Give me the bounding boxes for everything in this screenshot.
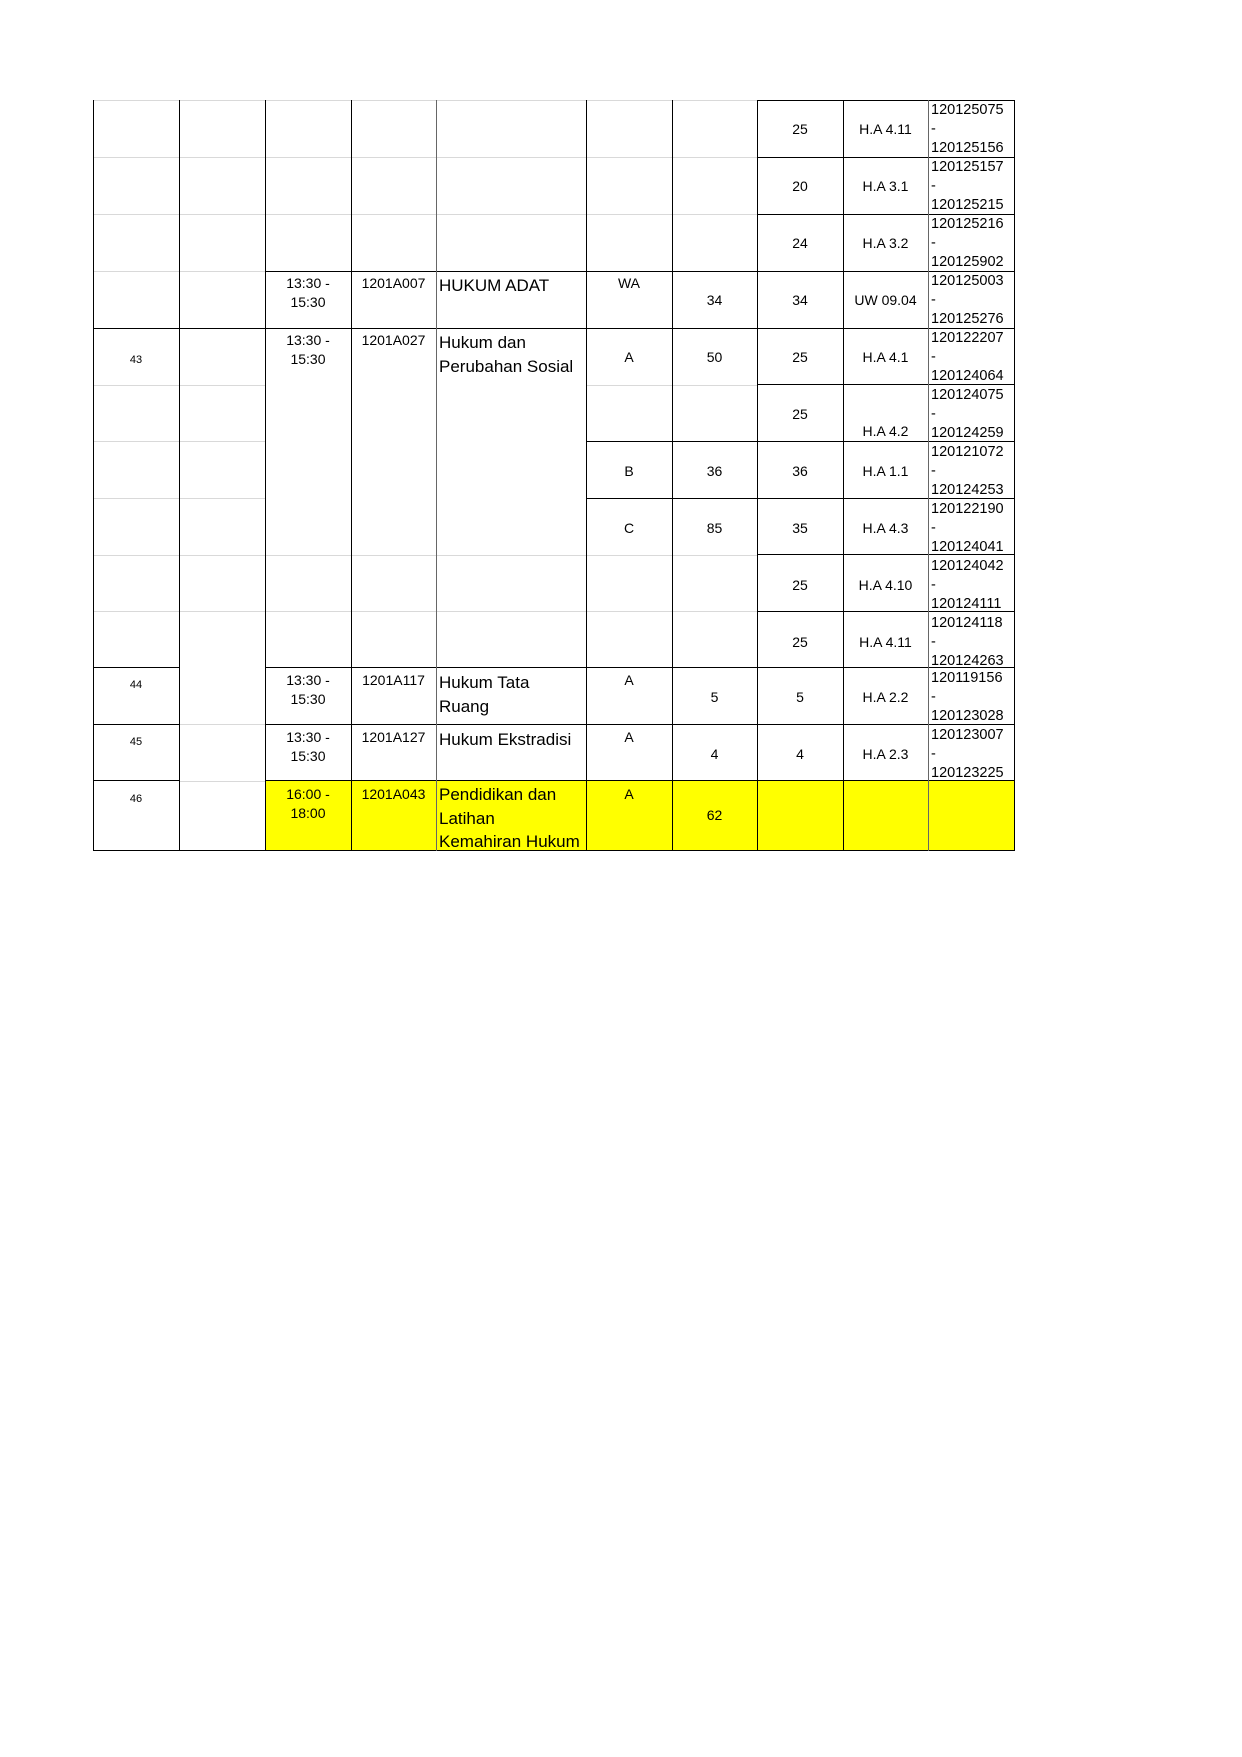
course-name-line: Latihan (439, 807, 586, 831)
room-cell: H.A 4.1 (843, 329, 928, 385)
time-cell: 13:30 - 15:30 (265, 669, 351, 725)
room-capacity-cell: 36 (757, 443, 843, 499)
time-cell: 13:30 - 15:30 (265, 329, 351, 385)
class-cell: A (586, 726, 672, 782)
room-capacity-cell: 25 (757, 386, 843, 442)
border (1014, 100, 1015, 851)
class-cell: A (586, 669, 672, 725)
border (928, 100, 929, 851)
room-cell: H.A 4.2 (843, 386, 928, 442)
nim-separator: - (931, 348, 1014, 367)
time-end: 15:30 (265, 690, 351, 709)
nim-range-cell: 120122190 - 120124041 (928, 500, 1014, 557)
room-capacity-cell: 25 (757, 614, 843, 670)
nim-start: 120123007 (931, 726, 1014, 745)
nim-start: 120125157 (931, 158, 1014, 177)
nim-separator: - (931, 291, 1014, 310)
nim-range-cell: 120125075 - 120125156 (928, 101, 1014, 158)
nim-separator: - (931, 688, 1014, 707)
nim-range-cell: 120125216 - 120125902 (928, 215, 1014, 272)
border (93, 724, 179, 725)
border (265, 100, 266, 851)
nim-separator: - (931, 177, 1014, 196)
nim-separator: - (931, 633, 1014, 652)
nim-range-cell: 120124042 - 120124111 (928, 557, 1014, 614)
border (586, 100, 587, 851)
time-start: 13:30 - (265, 274, 351, 293)
nim-range-cell: 120124118 - 120124263 (928, 614, 1014, 671)
course-name-cell: HUKUM ADAT (436, 272, 586, 328)
gridline (93, 157, 757, 158)
room-capacity-cell: 20 (757, 158, 843, 214)
time-start: 13:30 - (265, 728, 351, 747)
time-cell: 13:30 - 15:30 (265, 272, 351, 328)
nim-separator: - (931, 576, 1014, 595)
time-end: 15:30 (265, 293, 351, 312)
course-name-cell: Pendidikan dan Latihan Kemahiran Hukum (436, 781, 586, 850)
participants-cell: 50 (672, 329, 757, 385)
course-name-cell: Hukum dan Perubahan Sosial (436, 329, 586, 389)
course-name-line: Pendidikan dan (439, 783, 586, 807)
room-capacity-cell: 35 (757, 500, 843, 556)
room-cell: H.A 2.2 (843, 669, 928, 725)
row-number-cell: 45 (93, 725, 179, 781)
room-capacity-cell: 24 (757, 215, 843, 271)
course-name-line: Hukum dan (439, 331, 586, 355)
border (265, 271, 1014, 272)
nim-separator: - (931, 234, 1014, 253)
row-number-cell: 43 (93, 329, 179, 385)
border (757, 100, 1014, 101)
room-cell: H.A 4.3 (843, 500, 928, 556)
course-name-line: Perubahan Sosial (439, 355, 586, 379)
border (757, 100, 758, 851)
course-name-line: Kemahiran Hukum (439, 830, 586, 850)
nim-separator: - (931, 745, 1014, 764)
time-start: 13:30 - (265, 671, 351, 690)
room-cell: UW 09.04 (843, 272, 928, 328)
room-capacity-cell: 25 (757, 101, 843, 157)
room-capacity-cell: 4 (757, 726, 843, 782)
border (93, 100, 94, 851)
nim-range-cell: 120122207 - 120124064 (928, 329, 1014, 386)
room-cell: H.A 3.1 (843, 158, 928, 214)
nim-range-cell: 120124075 - 120124259 (928, 386, 1014, 443)
nim-start: 120124075 (931, 386, 1014, 405)
time-end: 18:00 (265, 804, 351, 823)
time-cell: 13:30 - 15:30 (265, 726, 351, 782)
course-code-cell: 1201A127 (351, 726, 436, 782)
class-cell: A (586, 329, 672, 385)
nim-range-cell: 120119156 - 120123028 (928, 669, 1014, 726)
course-code-cell: 1201A117 (351, 669, 436, 725)
time-start: 16:00 - (265, 785, 351, 804)
border (265, 780, 1014, 781)
course-name-cell: Hukum Tata Ruang (436, 669, 586, 725)
nim-start: 120122190 (931, 500, 1014, 519)
border (93, 850, 1014, 851)
border (265, 724, 1014, 725)
class-cell: B (586, 443, 672, 499)
participants-cell: 85 (672, 500, 757, 556)
course-code-cell: 1201A027 (351, 329, 436, 385)
border (351, 100, 352, 851)
gridline (179, 781, 265, 782)
time-start: 13:30 - (265, 331, 351, 350)
participants-cell: 5 (672, 669, 757, 725)
nim-range-cell: 120125157 - 120125215 (928, 158, 1014, 215)
room-cell: H.A 3.2 (843, 215, 928, 271)
row-number-cell: 46 (93, 782, 179, 850)
nim-end: 120125215 (931, 196, 1014, 215)
border (757, 214, 1014, 215)
border (93, 328, 1014, 329)
class-cell: C (586, 500, 672, 556)
course-code-cell: 1201A007 (351, 272, 436, 328)
participants-cell: 34 (672, 272, 757, 328)
nim-range-cell: 120123007 - 120123225 (928, 726, 1014, 783)
border (93, 667, 179, 668)
border (672, 100, 673, 851)
gridline (93, 100, 757, 101)
course-name-line: Hukum Tata (439, 671, 586, 695)
gridline (265, 611, 586, 612)
class-cell: WA (586, 272, 672, 328)
nim-range-cell: 120121072 - 120124253 (928, 443, 1014, 500)
nim-end: 120125902 (931, 253, 1014, 272)
room-cell: H.A 4.11 (843, 101, 928, 157)
participants-cell: 36 (672, 443, 757, 499)
nim-start: 120121072 (931, 443, 1014, 462)
gridline (93, 214, 757, 215)
nim-start: 120125216 (931, 215, 1014, 234)
nim-separator: - (931, 519, 1014, 538)
nim-separator: - (931, 405, 1014, 424)
nim-start: 120119156 (931, 669, 1014, 688)
border (757, 611, 1014, 612)
nim-start: 120125075 (931, 101, 1014, 120)
border (93, 780, 179, 781)
time-end: 15:30 (265, 747, 351, 766)
gridline (179, 724, 265, 725)
nim-end: 120125156 (931, 139, 1014, 158)
row-number-cell: 44 (93, 668, 179, 724)
border (757, 157, 1014, 158)
border (757, 554, 1014, 555)
participants-cell: 4 (672, 726, 757, 782)
time-cell: 16:00 - 18:00 (265, 783, 351, 849)
border (179, 100, 180, 851)
room-cell: H.A 4.11 (843, 614, 928, 670)
border (757, 384, 1014, 385)
course-name-line: Ruang (439, 695, 586, 719)
participants-cell: 62 (672, 781, 757, 850)
gridline (265, 555, 586, 556)
border (843, 100, 844, 851)
nim-start: 120124118 (931, 614, 1014, 633)
room-cell: H.A 2.3 (843, 726, 928, 782)
border (436, 100, 437, 851)
nim-end: 120125276 (931, 310, 1014, 329)
room-capacity-cell: 34 (757, 272, 843, 328)
course-name-cell: Hukum Ekstradisi (436, 726, 586, 782)
room-capacity-cell: 25 (757, 557, 843, 613)
nim-start: 120124042 (931, 557, 1014, 576)
nim-range-cell: 120125003 - 120125276 (928, 272, 1014, 329)
border (586, 498, 1014, 499)
room-capacity-cell: 5 (757, 669, 843, 725)
course-code-cell: 1201A043 (351, 783, 436, 849)
nim-start: 120122207 (931, 329, 1014, 348)
border (265, 667, 1014, 668)
nim-start: 120125003 (931, 272, 1014, 291)
nim-separator: - (931, 462, 1014, 481)
time-end: 15:30 (265, 350, 351, 369)
border (586, 441, 1014, 442)
class-cell: A (586, 783, 672, 849)
schedule-table: 25 H.A 4.11 120125075 - 120125156 20 H.A… (0, 0, 1242, 1757)
room-capacity-cell: 25 (757, 329, 843, 385)
room-cell: H.A 4.10 (843, 557, 928, 613)
nim-separator: - (931, 120, 1014, 139)
room-cell: H.A 1.1 (843, 443, 928, 499)
